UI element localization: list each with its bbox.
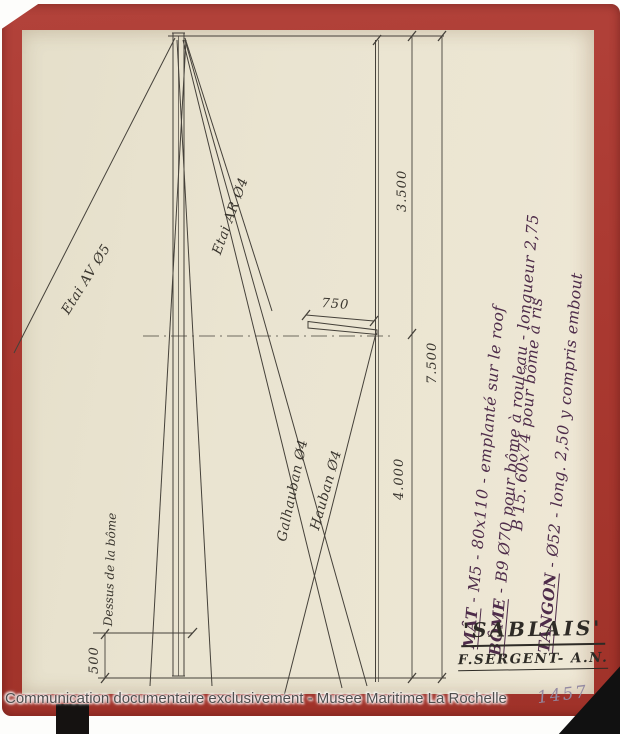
shroud-line [185, 40, 367, 686]
mast [172, 33, 185, 676]
photo-corner-shadow-left [56, 704, 89, 734]
boom [308, 322, 377, 335]
photo-bottom-margin [0, 716, 620, 734]
watermark-caption: Communication documentaire exclusivement… [5, 690, 507, 707]
boom-level-label: Dessus de la bôme [102, 513, 118, 627]
mainsheet-line [283, 333, 376, 700]
dimension-ticks [101, 31, 446, 683]
forestay-line [14, 38, 175, 353]
dim-boom-above-deck: 500 [88, 646, 101, 674]
framed-sail-plan-photo: Etai AV Ø5 Etai AR Ø4 Galhauban Ø4 Hauba… [0, 0, 620, 734]
lower-shroud-line-left [150, 40, 186, 686]
dim-masthead-to-boom: 3.500 [396, 170, 409, 212]
dimension-lines [93, 36, 446, 678]
architect-signature: F.SERGENT- A.N. [458, 650, 609, 672]
dim-boom-to-deck: 4.000 [393, 458, 406, 500]
aft-stay-line [185, 38, 272, 311]
boat-name: 'SABLAIS' [461, 616, 605, 648]
dim-total-height: 7.500 [426, 342, 439, 384]
dim-boom-inner: 750 [321, 297, 350, 312]
aft-vertical-line [376, 40, 379, 682]
